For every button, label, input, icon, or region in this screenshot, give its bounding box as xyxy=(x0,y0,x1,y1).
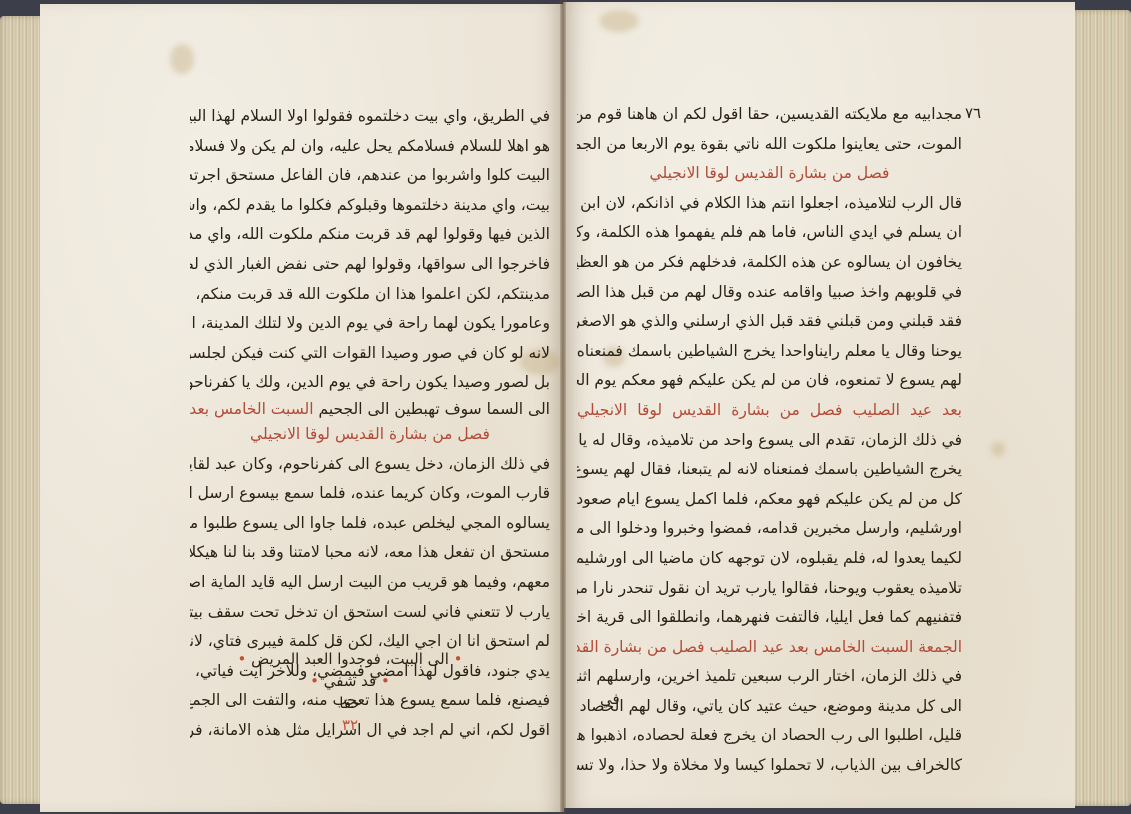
text-line: معهم، وفيما هو قريب من البيت ارسل اليه ق… xyxy=(190,568,550,598)
text-line: الى السما سوف تهبطين الى الجحيم السبت ال… xyxy=(190,398,550,420)
text-line: قال الرب لتلاميذه، اجعلوا انتم هذا الكلا… xyxy=(577,189,962,219)
text-line: كل من لم يكن عليكم فهو معكم، فلما اكمل ي… xyxy=(577,485,962,515)
text-line: فتفنيهم كما فعل ايليا، فالتفت فنهرهما، و… xyxy=(577,603,962,633)
text-line: يارب لا تتعني فاني لست استحق ان تدخل تحت… xyxy=(190,598,550,628)
text-line: فقد قبلني ومن قبلني فقد قبل الذي ارسلني … xyxy=(577,307,962,337)
text-fragment: الى السما سوف تهبطين الى الجحيم xyxy=(319,400,551,418)
text-line: يسالوه المجي ليخلص عبده، فلما جاوا الى ي… xyxy=(190,509,550,539)
open-manuscript: ٧٦ مجدابيه مع ملايكته القديسين، حقا اقول… xyxy=(0,0,1131,814)
text-line: وعامورا يكون لهما راحة في يوم الدين ولا … xyxy=(190,309,550,339)
text-line: في الطريق، واي بيت دخلتموه فقولوا اولا ا… xyxy=(190,102,550,132)
book-gutter xyxy=(560,0,566,814)
text-line: مجدابيه مع ملايكته القديسين، حقا اقول لك… xyxy=(577,100,962,130)
text-line: لانه لو كان في صور وصيدا القوات التي كنت… xyxy=(190,339,550,369)
text-line: هو اهلا للسلام فسلامكم يحل عليه، وان لم … xyxy=(190,132,550,162)
text-line: الذين فيها وقولوا لهم قد قربت منكم ملكوت… xyxy=(190,220,550,250)
text-line: قارب الموت، وكان كريما عنده، فلما سمع بي… xyxy=(190,479,550,509)
text-line: في ذلك الزمان، دخل يسوع الى كفرناحوم، وك… xyxy=(190,450,550,480)
text-line: الى كل مدينة وموضع، حيث عتيد كان ياتي، و… xyxy=(577,692,962,722)
text-line: مستحق ان تفعل هذا معه، لانه محبا لامتنا … xyxy=(190,538,550,568)
text-line: مدينتكم، لكن اعلموا هذا ان ملكوت الله قد… xyxy=(190,280,550,310)
rubric-heading: فصل من بشارة القديس لوقا الانجيلي xyxy=(190,420,550,450)
text-line: في ذلك الزمان، اختار الرب سبعين تلميذ اخ… xyxy=(577,662,962,692)
text-line: قليل، اطلبوا الى رب الحصاد ان يخرج فعلة … xyxy=(577,721,962,751)
rubric-heading: بعد عيد الصليب فصل من بشارة القديس لوقا … xyxy=(577,396,962,426)
text-line: اورشليم، وارسل مخبرين قدامه، فمضوا وخبرو… xyxy=(577,514,962,544)
left-page-edges xyxy=(0,16,44,804)
text-line: ان يسلم في ايدي الناس، فاما هم فلم يفهمو… xyxy=(577,218,962,248)
text-line: الموت، حتى يعاينوا ملكوت الله ناتي بقوة … xyxy=(577,130,962,160)
rubric-heading: الجمعة السبت الخامس بعد عيد الصليب فصل م… xyxy=(577,633,962,663)
text-line: بيت، واي مدينة دخلتموها وقبلوكم فكلوا ما… xyxy=(190,191,550,221)
rubric-heading: فصل من بشارة القديس لوقا الانجيلي xyxy=(577,159,962,189)
text-line: لهم يسوع لا تمنعوه، فان من لم يكن عليكم … xyxy=(577,366,962,396)
right-page-text: مجدابيه مع ملايكته القديسين، حقا اقول لك… xyxy=(577,100,962,781)
catchword: في xyxy=(600,690,620,708)
text-line: يوحنا وقال يا معلم رايناواحدا يخرج الشيا… xyxy=(577,337,962,367)
text-line: في قلوبهم واخذ صبيا واقامه عنده وقال لهم… xyxy=(577,278,962,308)
colophon-line: ٣٢ xyxy=(230,714,470,736)
text-line: يخافون ان يسالوه عن هذه الكلمة، فدخلهم ف… xyxy=(577,248,962,278)
text-line: كالخراف بين الذياب، لا تحملوا كيسا ولا م… xyxy=(577,751,962,781)
right-page-edges xyxy=(1071,10,1131,806)
text-line: بل لصور وصيدا يكون راحة في يوم الدين، ول… xyxy=(190,368,550,398)
text-line: فاخرجوا الى سواقها، وقولوا لهم حتى نفض ا… xyxy=(190,250,550,280)
colophon-line: حقا xyxy=(230,692,470,714)
colophon: • الى البيت، فوجدوا العبد المريض • • قد … xyxy=(230,648,470,736)
text-line: يخرج الشياطين باسمك فمنعناه لانه لم يتبع… xyxy=(577,455,962,485)
text-line: البيت كلوا واشربوا من عندهم، فان الفاعل … xyxy=(190,161,550,191)
text-line: في ذلك الزمان، تقدم الى يسوع واحد من تلا… xyxy=(577,426,962,456)
colophon-line: • الى البيت، فوجدوا العبد المريض • xyxy=(230,648,470,670)
colophon-line: • قد شفي • xyxy=(230,670,470,692)
rubric-heading: السبت الخامس بعد عيد الصليب xyxy=(190,400,314,418)
text-line: تلاميذه يعقوب ويوحنا، فقالوا يارب تريد ا… xyxy=(577,574,962,604)
text-line: لكيما يعدوا له، فلم يقبلوه، لان توجهه كا… xyxy=(577,544,962,574)
page-number: ٧٦ xyxy=(965,104,981,122)
